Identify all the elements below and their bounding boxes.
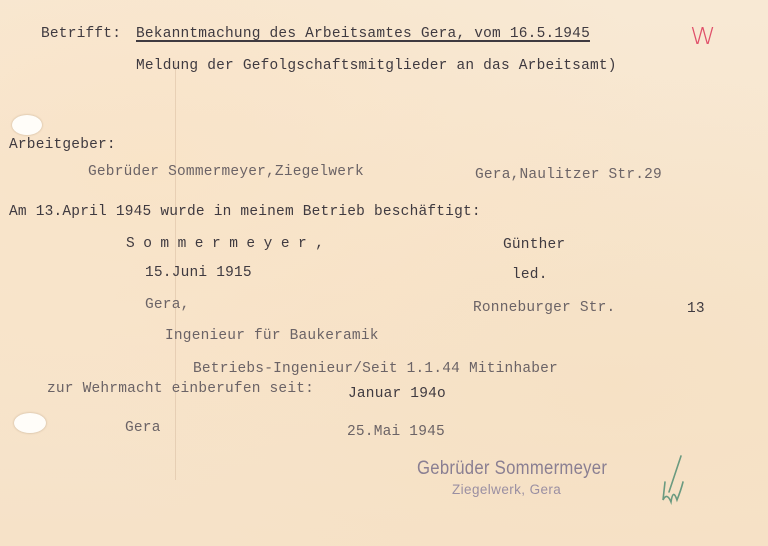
- military-label: zur Wehrmacht einberufen seit:: [47, 381, 314, 397]
- employee-profession: Ingenieur für Baukeramik: [165, 328, 379, 344]
- company-stamp-line-1: Gebrüder Sommermeyer: [417, 458, 607, 480]
- military-date: Januar 194o: [348, 386, 446, 402]
- employee-position: Betriebs-Ingenieur/Seit 1.1.44 Mitinhabe…: [193, 361, 558, 377]
- punch-hole-top: [12, 115, 42, 135]
- punch-hole-bottom: [14, 413, 46, 433]
- subject-label: Betrifft:: [41, 26, 121, 42]
- date: 25.Mai 1945: [347, 424, 445, 440]
- employee-birth-date: 15.Juni 1915: [145, 265, 252, 281]
- employee-surname: Sommermeyer,: [126, 236, 332, 252]
- employee-first-name: Günther: [503, 237, 565, 253]
- paper-background: [0, 0, 768, 546]
- employee-marital-status: led.: [512, 267, 548, 283]
- company-stamp-line-2: Ziegelwerk, Gera: [452, 482, 561, 497]
- employer-address: Gera,Naulitzer Str.29: [475, 167, 662, 183]
- employee-house-number: 13: [687, 301, 705, 317]
- place: Gera: [125, 420, 161, 436]
- signature-icon: [655, 452, 695, 512]
- subject-line-2: Meldung der Gefolgschaftsmitglieder an d…: [136, 58, 617, 74]
- employer-name: Gebrüder Sommermeyer,Ziegelwerk: [88, 164, 364, 180]
- margin-mark: W: [690, 24, 716, 51]
- employee-city: Gera,: [145, 297, 190, 313]
- employee-street: Ronneburger Str.: [473, 300, 615, 316]
- subject-line-1: Bekanntmachung des Arbeitsamtes Gera, vo…: [136, 26, 590, 42]
- employment-statement: Am 13.April 1945 wurde in meinem Betrieb…: [9, 204, 481, 220]
- employer-label: Arbeitgeber:: [9, 137, 116, 153]
